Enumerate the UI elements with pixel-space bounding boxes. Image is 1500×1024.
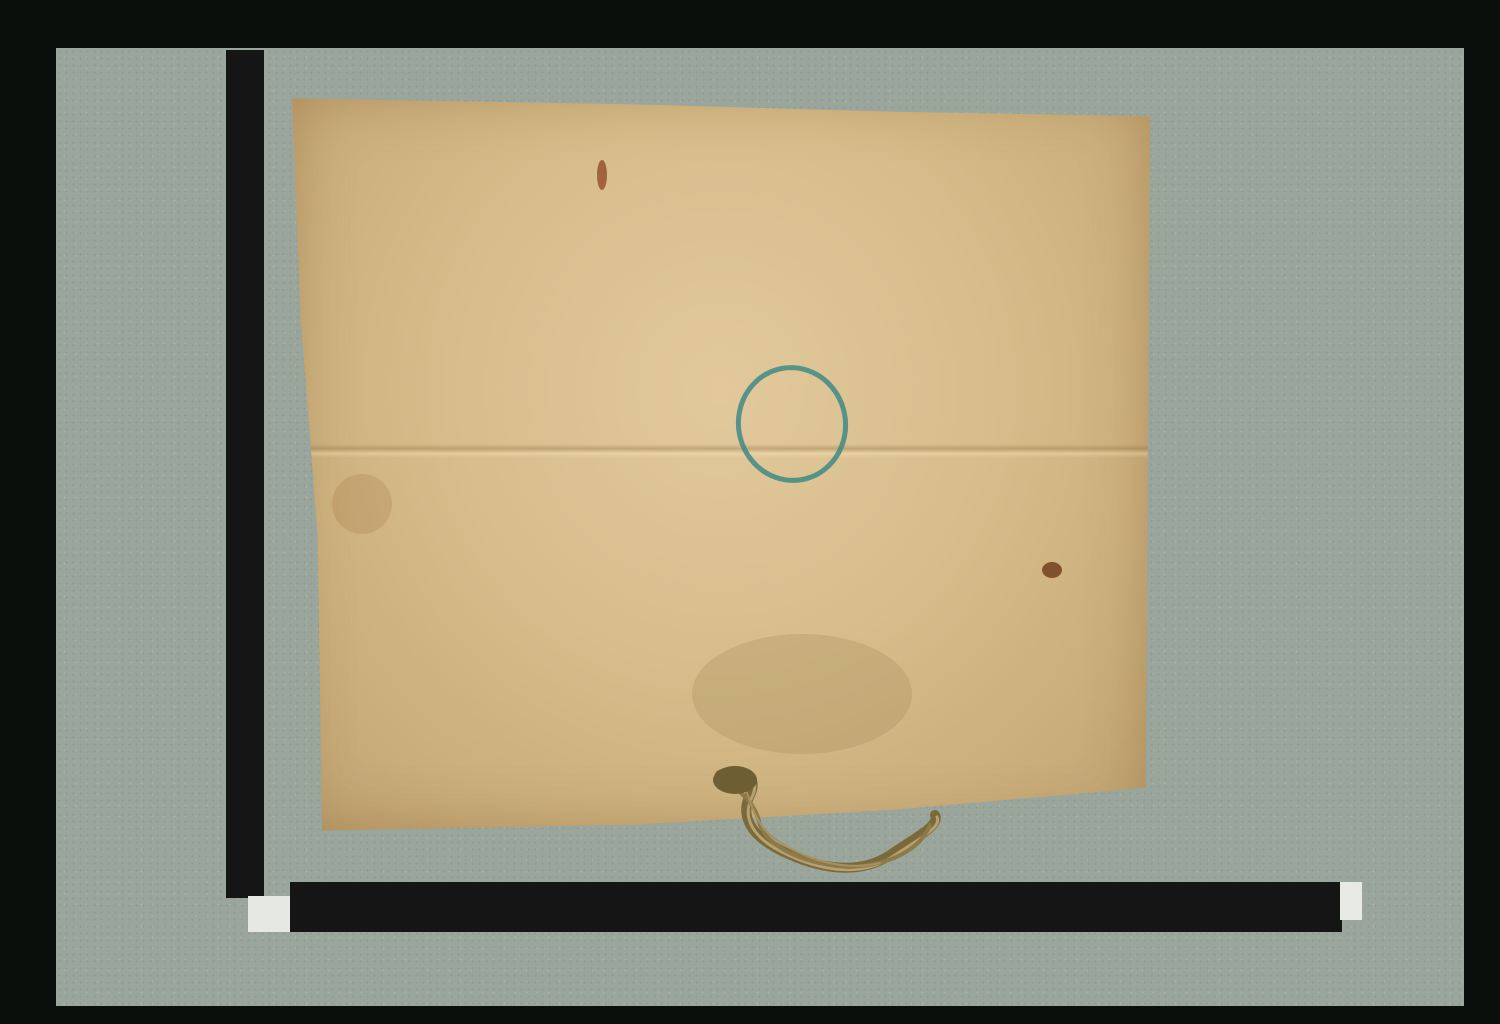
ruler-end-cap xyxy=(1340,882,1362,920)
ruler-corner xyxy=(248,896,290,932)
discoloration xyxy=(692,634,912,754)
seal-cord xyxy=(690,755,960,895)
red-stain xyxy=(597,160,607,190)
discoloration xyxy=(332,474,392,534)
horizontal-fold-line xyxy=(292,444,1150,458)
parchment-charter xyxy=(292,94,1150,832)
ink-stain xyxy=(1042,562,1062,578)
stamp-text xyxy=(795,369,814,475)
horizontal-scale-ruler xyxy=(290,882,1342,932)
vertical-scale-ruler xyxy=(226,50,264,898)
